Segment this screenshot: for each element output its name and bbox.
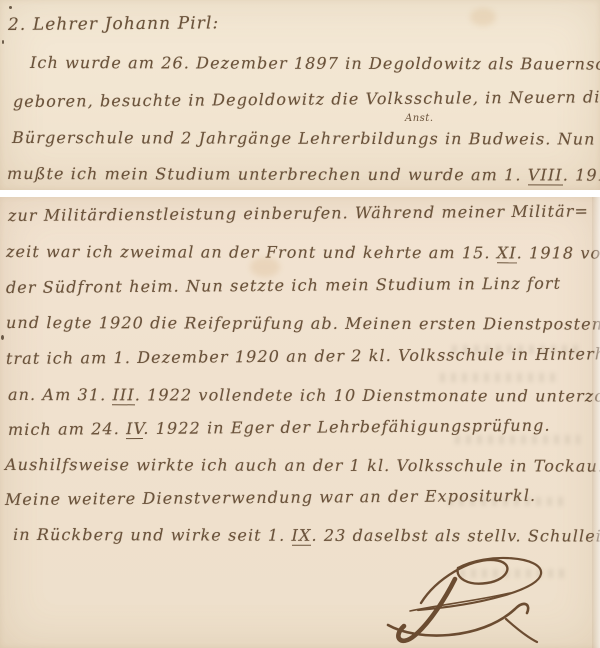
scan-strip-top: 2. Lehrer Johann Pirl: Ich wurde am 26. … bbox=[0, 0, 600, 190]
page-showthrough bbox=[440, 373, 560, 382]
ink-speck bbox=[1, 335, 4, 340]
ink-speck bbox=[9, 6, 12, 9]
manuscript-line: in Rückberg und wirke seit 1. IX. 23 das… bbox=[13, 524, 600, 548]
manuscript-line: Aushilfsweise wirkte ich auch an der 1 k… bbox=[5, 454, 600, 478]
manuscript-line: Bürgerschule und 2 Jahrgänge Lehrerbildu… bbox=[12, 127, 596, 151]
page-showthrough bbox=[452, 345, 582, 354]
paper-stain bbox=[250, 257, 280, 277]
manuscript-line: zur Militärdienstleistung einberufen. Wä… bbox=[8, 200, 589, 227]
paper-stain bbox=[470, 8, 496, 26]
manuscript-line: zeit war ich zweimal an der Front und ke… bbox=[6, 241, 600, 265]
manuscript-line: Ich wurde am 26. Dezember 1897 in Degold… bbox=[30, 52, 600, 76]
superscript-insertion: Anst. bbox=[405, 113, 434, 125]
manuscript-line: und legte 1920 die Reifeprüfung ab. Mein… bbox=[6, 312, 600, 336]
page-showthrough bbox=[455, 435, 580, 444]
page-showthrough bbox=[448, 497, 566, 506]
manuscript-line: der Südfront heim. Nun setzte ich mein S… bbox=[6, 273, 561, 299]
ink-speck bbox=[2, 40, 4, 44]
manuscript-scan-page: 2. Lehrer Johann Pirl: Ich wurde am 26. … bbox=[0, 0, 600, 648]
manuscript-line: 2. Lehrer Johann Pirl: bbox=[8, 12, 220, 36]
manuscript-line: mußte ich mein Studium unterbrechen und … bbox=[7, 163, 600, 187]
manuscript-line: geboren, besuchte in Degoldowitz die Vol… bbox=[13, 86, 600, 113]
signature-flourish bbox=[358, 549, 573, 648]
manuscript-line: an. Am 31. III. 1922 vollendete ich 10 D… bbox=[8, 384, 600, 408]
scan-strip-bottom: zur Militärdienstleistung einberufen. Wä… bbox=[0, 197, 600, 648]
